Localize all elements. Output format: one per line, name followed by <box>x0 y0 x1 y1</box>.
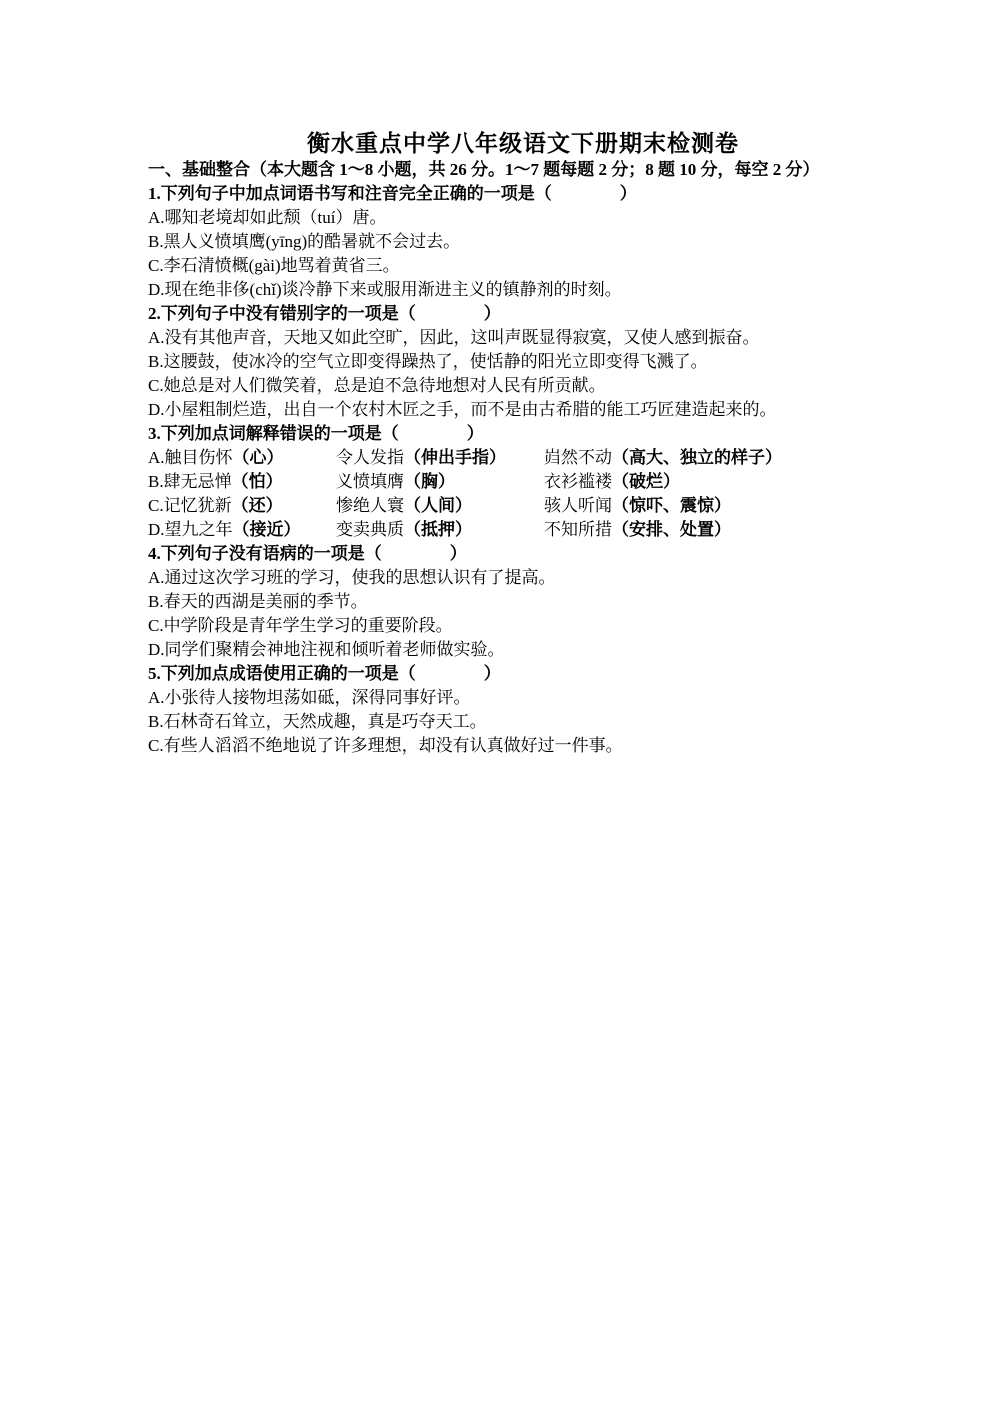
question-5-option-c: C.有些人滔滔不绝地说了许多理想，却没有认真做好过一件事。 <box>148 734 898 758</box>
idiom-cell: 惨绝人寰（人间） <box>336 494 544 518</box>
document-content: 衡水重点中学八年级语文下册期末检测卷 一、基础整合（本大题含 1～8 小题，共 … <box>148 0 898 758</box>
idiom-cell: 令人发指（伸出手指） <box>336 446 544 470</box>
question-2-option-b: B.这腰鼓，使冰冷的空气立即变得躁热了，使恬静的阳光立即变得飞溅了。 <box>148 350 898 374</box>
idiom-note: （安排、处置） <box>612 520 731 539</box>
idiom-note: （伸出手指） <box>404 448 506 467</box>
idiom-text: A.触目伤怀 <box>148 448 233 467</box>
idiom-text: 义愤填膺 <box>336 472 404 491</box>
question-4-option-d: D.同学们聚精会神地注视和倾听着老师做实验。 <box>148 638 898 662</box>
question-5-stem: 5.下列加点成语使用正确的一项是（ ） <box>148 662 898 686</box>
idiom-cell: A.触目伤怀（心） <box>148 446 336 470</box>
section-heading: 一、基础整合（本大题含 1～8 小题，共 26 分。1～7 题每题 2 分；8 … <box>148 158 898 182</box>
question-1-option-c: C.李石清愤概(gài)地骂着黄省三。 <box>148 254 898 278</box>
question-4-option-a: A.通过这次学习班的学习，使我的思想认识有了提高。 <box>148 566 898 590</box>
idiom-text: 衣衫褴褛 <box>544 472 612 491</box>
question-2-option-a: A.没有其他声音，天地又如此空旷，因此，这叫声既显得寂寞，又使人感到振奋。 <box>148 326 898 350</box>
question-3-option-a: A.触目伤怀（心）令人发指（伸出手指）岿然不动（高大、独立的样子） <box>148 446 898 470</box>
idiom-text: 令人发指 <box>336 448 404 467</box>
idiom-text: C.记忆犹新 <box>148 496 232 515</box>
idiom-cell: 骇人听闻（惊吓、震惊） <box>544 494 731 518</box>
idiom-text: 不知所措 <box>544 520 612 539</box>
idiom-note: （抵押） <box>404 520 472 539</box>
question-2-option-d: D.小屋粗制烂造，出自一个农村木匠之手，而不是由古希腊的能工巧匠建造起来的。 <box>148 398 898 422</box>
idiom-note: （胸） <box>404 472 455 491</box>
idiom-text: 岿然不动 <box>544 448 612 467</box>
idiom-note: （人间） <box>404 496 472 515</box>
idiom-note: （心） <box>233 448 284 467</box>
idiom-cell: 岿然不动（高大、独立的样子） <box>544 446 782 470</box>
idiom-cell: 衣衫褴褛（破烂） <box>544 470 680 494</box>
idiom-note: （破烂） <box>612 472 680 491</box>
idiom-cell: B.肆无忌惮（怕） <box>148 470 336 494</box>
idiom-note: （惊吓、震惊） <box>612 496 731 515</box>
idiom-note: （高大、独立的样子） <box>612 448 782 467</box>
question-4-stem: 4.下列句子没有语病的一项是（ ） <box>148 542 898 566</box>
idiom-text: 惨绝人寰 <box>336 496 404 515</box>
idiom-cell: D.望九之年（接近） <box>148 518 336 542</box>
question-2-option-c: C.她总是对人们微笑着，总是迫不急待地想对人民有所贡献。 <box>148 374 898 398</box>
question-2-stem: 2.下列句子中没有错别字的一项是（ ） <box>148 302 898 326</box>
idiom-note: （还） <box>232 496 283 515</box>
question-1-stem: 1.下列句子中加点词语书写和注音完全正确的一项是（ ） <box>148 182 898 206</box>
idiom-cell: 变卖典质（抵押） <box>336 518 544 542</box>
question-3-stem: 3.下列加点词解释错误的一项是（ ） <box>148 422 898 446</box>
exam-document: 衡水重点中学八年级语文下册期末检测卷 一、基础整合（本大题含 1～8 小题，共 … <box>0 0 993 1404</box>
question-5-option-b: B.石林奇石耸立，天然成趣，真是巧夺天工。 <box>148 710 898 734</box>
idiom-text: B.肆无忌惮 <box>148 472 232 491</box>
idiom-note: （接近） <box>233 520 301 539</box>
idiom-cell: 义愤填膺（胸） <box>336 470 544 494</box>
idiom-cell: 不知所措（安排、处置） <box>544 518 731 542</box>
idiom-cell: C.记忆犹新（还） <box>148 494 336 518</box>
page-title: 衡水重点中学八年级语文下册期末检测卷 <box>148 0 898 158</box>
idiom-text: 骇人听闻 <box>544 496 612 515</box>
idiom-note: （怕） <box>232 472 283 491</box>
question-1-option-d: D.现在绝非侈(chǐ)谈冷静下来或服用渐进主义的镇静剂的时刻。 <box>148 278 898 302</box>
question-3-option-d: D.望九之年（接近）变卖典质（抵押）不知所措（安排、处置） <box>148 518 898 542</box>
question-3-option-c: C.记忆犹新（还）惨绝人寰（人间）骇人听闻（惊吓、震惊） <box>148 494 898 518</box>
idiom-text: D.望九之年 <box>148 520 233 539</box>
question-4-option-b: B.春天的西湖是美丽的季节。 <box>148 590 898 614</box>
question-1-option-a: A.哪知老境却如此颓（tuí）唐。 <box>148 206 898 230</box>
question-4-option-c: C.中学阶段是青年学生学习的重要阶段。 <box>148 614 898 638</box>
question-1-option-b: B.黑人义愤填鹰(yīng)的酷暑就不会过去。 <box>148 230 898 254</box>
idiom-text: 变卖典质 <box>336 520 404 539</box>
question-5-option-a: A.小张待人接物坦荡如砥，深得同事好评。 <box>148 686 898 710</box>
question-3-option-b: B.肆无忌惮（怕）义愤填膺（胸）衣衫褴褛（破烂） <box>148 470 898 494</box>
